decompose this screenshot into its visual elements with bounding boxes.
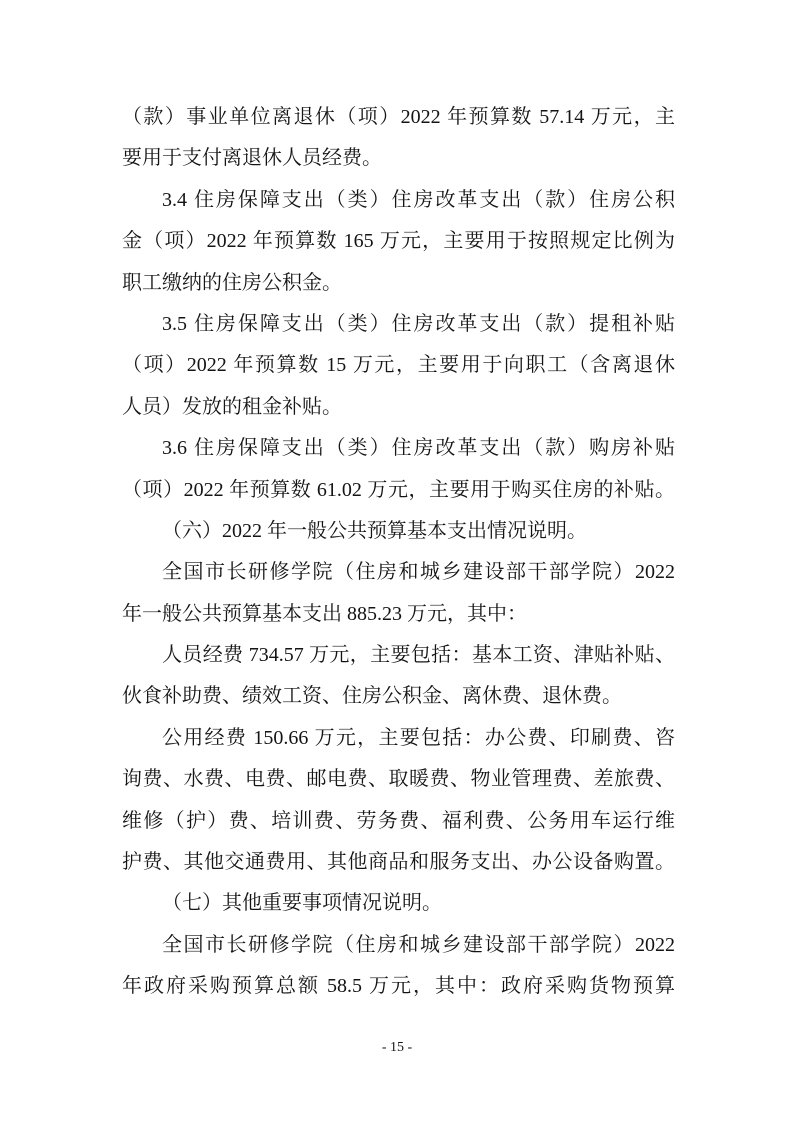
text-line: （项）2022 年预算数 61.02 万元，主要用于购买住房的补贴。 xyxy=(122,470,675,511)
text-line: 年一般公共预算基本支出 885.23 万元，其中： xyxy=(122,594,675,635)
text-line: 全国市长研修学院（住房和城乡建设部干部学院）2022 xyxy=(122,552,675,593)
text-line: 3.5 住房保障支出（类）住房改革支出（款）提租补贴 xyxy=(122,304,675,345)
text-line: 金（项）2022 年预算数 165 万元，主要用于按照规定比例为 xyxy=(122,221,675,262)
text-line: （六）2022 年一般公共预算基本支出情况说明。 xyxy=(122,511,675,552)
text-line: 3.4 住房保障支出（类）住房改革支出（款）住房公积 xyxy=(122,180,675,221)
text-line: 人员）发放的租金补贴。 xyxy=(122,387,675,428)
text-line: 伙食补助费、绩效工资、住房公积金、离休费、退休费。 xyxy=(122,676,675,717)
text-line: （款）事业单位离退休（项）2022 年预算数 57.14 万元，主 xyxy=(122,97,675,138)
document-body: （款）事业单位离退休（项）2022 年预算数 57.14 万元，主要用于支付离退… xyxy=(122,97,675,1008)
text-line: 护费、其他交通费用、其他商品和服务支出、办公设备购置。 xyxy=(122,842,675,883)
document-page: （款）事业单位离退休（项）2022 年预算数 57.14 万元，主要用于支付离退… xyxy=(0,0,794,1123)
text-line: （七）其他重要事项情况说明。 xyxy=(122,883,675,924)
text-line: 职工缴纳的住房公积金。 xyxy=(122,263,675,304)
text-line: 全国市长研修学院（住房和城乡建设部干部学院）2022 xyxy=(122,925,675,966)
text-line: 公用经费 150.66 万元，主要包括：办公费、印刷费、咨 xyxy=(122,718,675,759)
text-line: 人员经费 734.57 万元，主要包括：基本工资、津贴补贴、 xyxy=(122,635,675,676)
text-line: （项）2022 年预算数 15 万元，主要用于向职工（含离退休 xyxy=(122,345,675,386)
text-line: 3.6 住房保障支出（类）住房改革支出（款）购房补贴 xyxy=(122,428,675,469)
text-line: 年政府采购预算总额 58.5 万元，其中：政府采购货物预算 xyxy=(122,966,675,1007)
page-number: - 15 - xyxy=(0,1038,794,1058)
text-line: 维修（护）费、培训费、劳务费、福利费、公务用车运行维 xyxy=(122,801,675,842)
text-line: 要用于支付离退休人员经费。 xyxy=(122,138,675,179)
text-line: 询费、水费、电费、邮电费、取暖费、物业管理费、差旅费、 xyxy=(122,759,675,800)
